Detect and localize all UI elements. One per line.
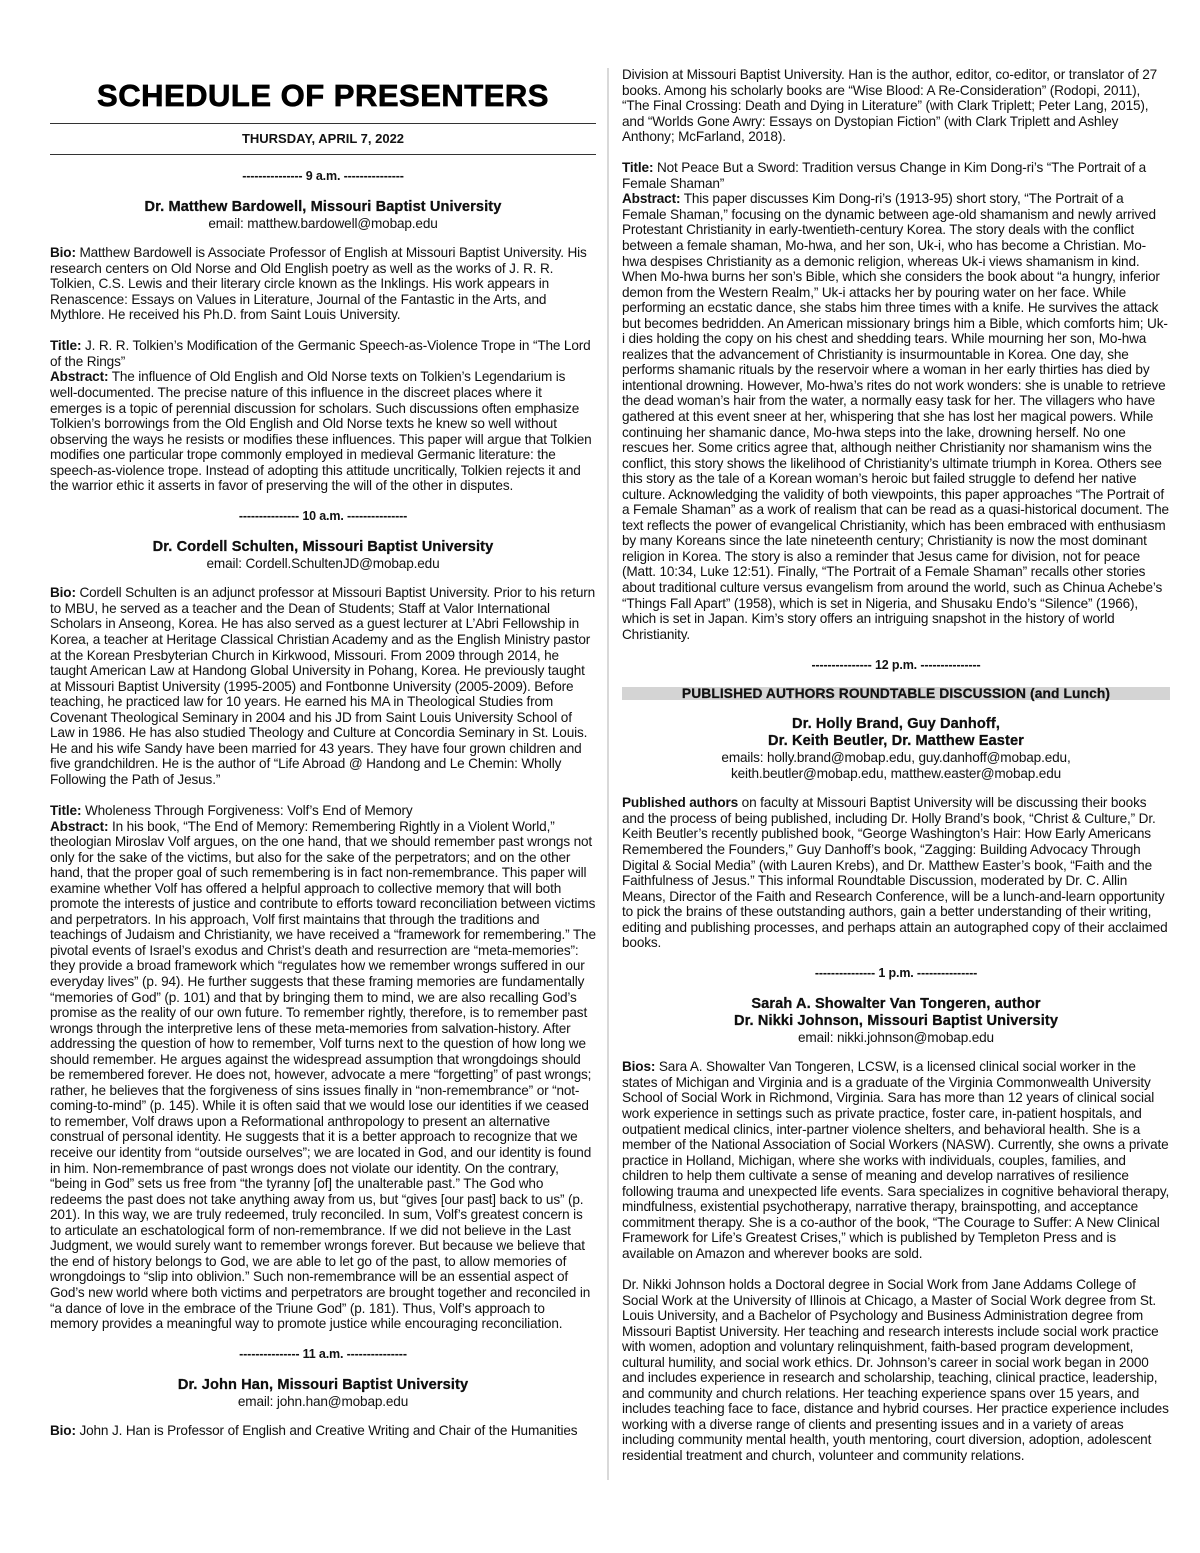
bio-text: Sara A. Showalter Van Tongeren, LCSW, is… (622, 1059, 1169, 1261)
abstract-text: This paper discusses Kim Dong-ri’s (1913… (622, 191, 1169, 641)
left-column: SCHEDULE OF PRESENTERS THURSDAY, APRIL 7… (50, 78, 596, 1439)
title-rule (50, 123, 596, 124)
abstract-text: In his book, “The End of Memory: Remembe… (50, 819, 596, 1332)
time-marker: --------------- 12 p.m. --------------- (622, 658, 1170, 674)
session-9am: --------------- 9 a.m. --------------- D… (50, 169, 596, 494)
talk-title: Title: Wholeness Through Forgiveness: Vo… (50, 803, 596, 819)
bio-text: Cordell Schulten is an adjunct professor… (50, 585, 595, 787)
session-12pm: --------------- 12 p.m. --------------- … (622, 658, 1170, 951)
presenter-names-line1: Dr. Holly Brand, Guy Danhoff, (622, 716, 1170, 733)
presenter-emails-line2[interactable]: keith.beutler@mobap.edu, matthew.easter@… (622, 766, 1170, 782)
presenter-email[interactable]: email: nikki.johnson@mobap.edu (622, 1030, 1170, 1046)
time-marker: --------------- 9 a.m. --------------- (50, 169, 596, 185)
talk-title: Title: J. R. R. Tolkien’s Modification o… (50, 338, 596, 369)
description-label: Published authors (622, 795, 738, 810)
abstract-paragraph: Abstract: This paper discusses Kim Dong-… (622, 191, 1170, 642)
presenter-name-line2: Dr. Nikki Johnson, Missouri Baptist Univ… (622, 1013, 1170, 1030)
presenter-names-line2: Dr. Keith Beutler, Dr. Matthew Easter (622, 733, 1170, 750)
bios-paragraph: Bios: Sara A. Showalter Van Tongeren, LC… (622, 1059, 1170, 1261)
bio-paragraph-johnson: Dr. Nikki Johnson holds a Doctoral degre… (622, 1277, 1170, 1464)
session-1pm: --------------- 1 p.m. --------------- S… (622, 966, 1170, 1463)
date-rule (50, 154, 596, 155)
presenter-name-line1: Sarah A. Showalter Van Tongeren, author (622, 996, 1170, 1013)
title-label: Title: (50, 803, 81, 818)
title-label: Title: (50, 338, 81, 353)
abstract-label: Abstract: (50, 369, 108, 384)
roundtable-banner: PUBLISHED AUTHORS ROUNDTABLE DISCUSSION … (622, 687, 1170, 700)
abstract-paragraph: Abstract: The influence of Old English a… (50, 369, 596, 493)
schedule-date: THURSDAY, APRIL 7, 2022 (50, 131, 596, 146)
description-text: on faculty at Missouri Baptist Universit… (622, 795, 1168, 950)
abstract-label: Abstract: (50, 819, 108, 834)
title-text: Wholeness Through Forgiveness: Volf’s En… (81, 803, 412, 818)
time-marker: --------------- 10 a.m. --------------- (50, 509, 596, 525)
right-column: Division at Missouri Baptist University.… (622, 67, 1170, 1479)
talk-title: Title: Not Peace But a Sword: Tradition … (622, 160, 1170, 191)
presenter-email[interactable]: email: matthew.bardowell@mobap.edu (50, 216, 596, 232)
column-divider (607, 68, 609, 1480)
abstract-label: Abstract: (622, 191, 680, 206)
presenter-email[interactable]: email: john.han@mobap.edu (50, 1394, 596, 1410)
abstract-paragraph: Abstract: In his book, “The End of Memor… (50, 819, 596, 1332)
bio-paragraph: Bio: Cordell Schulten is an adjunct prof… (50, 585, 596, 787)
page-title: SCHEDULE OF PRESENTERS (50, 78, 596, 114)
bio-paragraph-continued: Division at Missouri Baptist University.… (622, 67, 1170, 145)
session-10am: --------------- 10 a.m. --------------- … (50, 509, 596, 1331)
presenter-name: Dr. Matthew Bardowell, Missouri Baptist … (50, 199, 596, 216)
session-11am: --------------- 11 a.m. --------------- … (50, 1347, 596, 1439)
abstract-text: The influence of Old English and Old Nor… (50, 369, 592, 493)
time-marker: --------------- 11 a.m. --------------- (50, 1347, 596, 1363)
bio-label: Bio: (50, 585, 76, 600)
session-11am-continued: Division at Missouri Baptist University.… (622, 67, 1170, 642)
bio-label: Bio: (50, 245, 76, 260)
presenter-email[interactable]: email: Cordell.SchultenJD@mobap.edu (50, 556, 596, 572)
bio-paragraph: Bio: Matthew Bardowell is Associate Prof… (50, 245, 596, 323)
time-marker: --------------- 1 p.m. --------------- (622, 966, 1170, 982)
bios-label: Bios: (622, 1059, 655, 1074)
bio-paragraph-start: Bio: John J. Han is Professor of English… (50, 1423, 596, 1439)
bio-text: John J. Han is Professor of English and … (76, 1423, 578, 1438)
title-text: Not Peace But a Sword: Tradition versus … (622, 160, 1146, 191)
presenter-emails-line1[interactable]: emails: holly.brand@mobap.edu, guy.danho… (622, 750, 1170, 766)
roundtable-description: Published authors on faculty at Missouri… (622, 795, 1170, 950)
presenter-name: Dr. John Han, Missouri Baptist Universit… (50, 1377, 596, 1394)
bio-text: Matthew Bardowell is Associate Professor… (50, 245, 587, 322)
title-label: Title: (622, 160, 653, 175)
title-text: J. R. R. Tolkien’s Modification of the G… (50, 338, 591, 369)
presenter-name: Dr. Cordell Schulten, Missouri Baptist U… (50, 539, 596, 556)
bio-label: Bio: (50, 1423, 76, 1438)
